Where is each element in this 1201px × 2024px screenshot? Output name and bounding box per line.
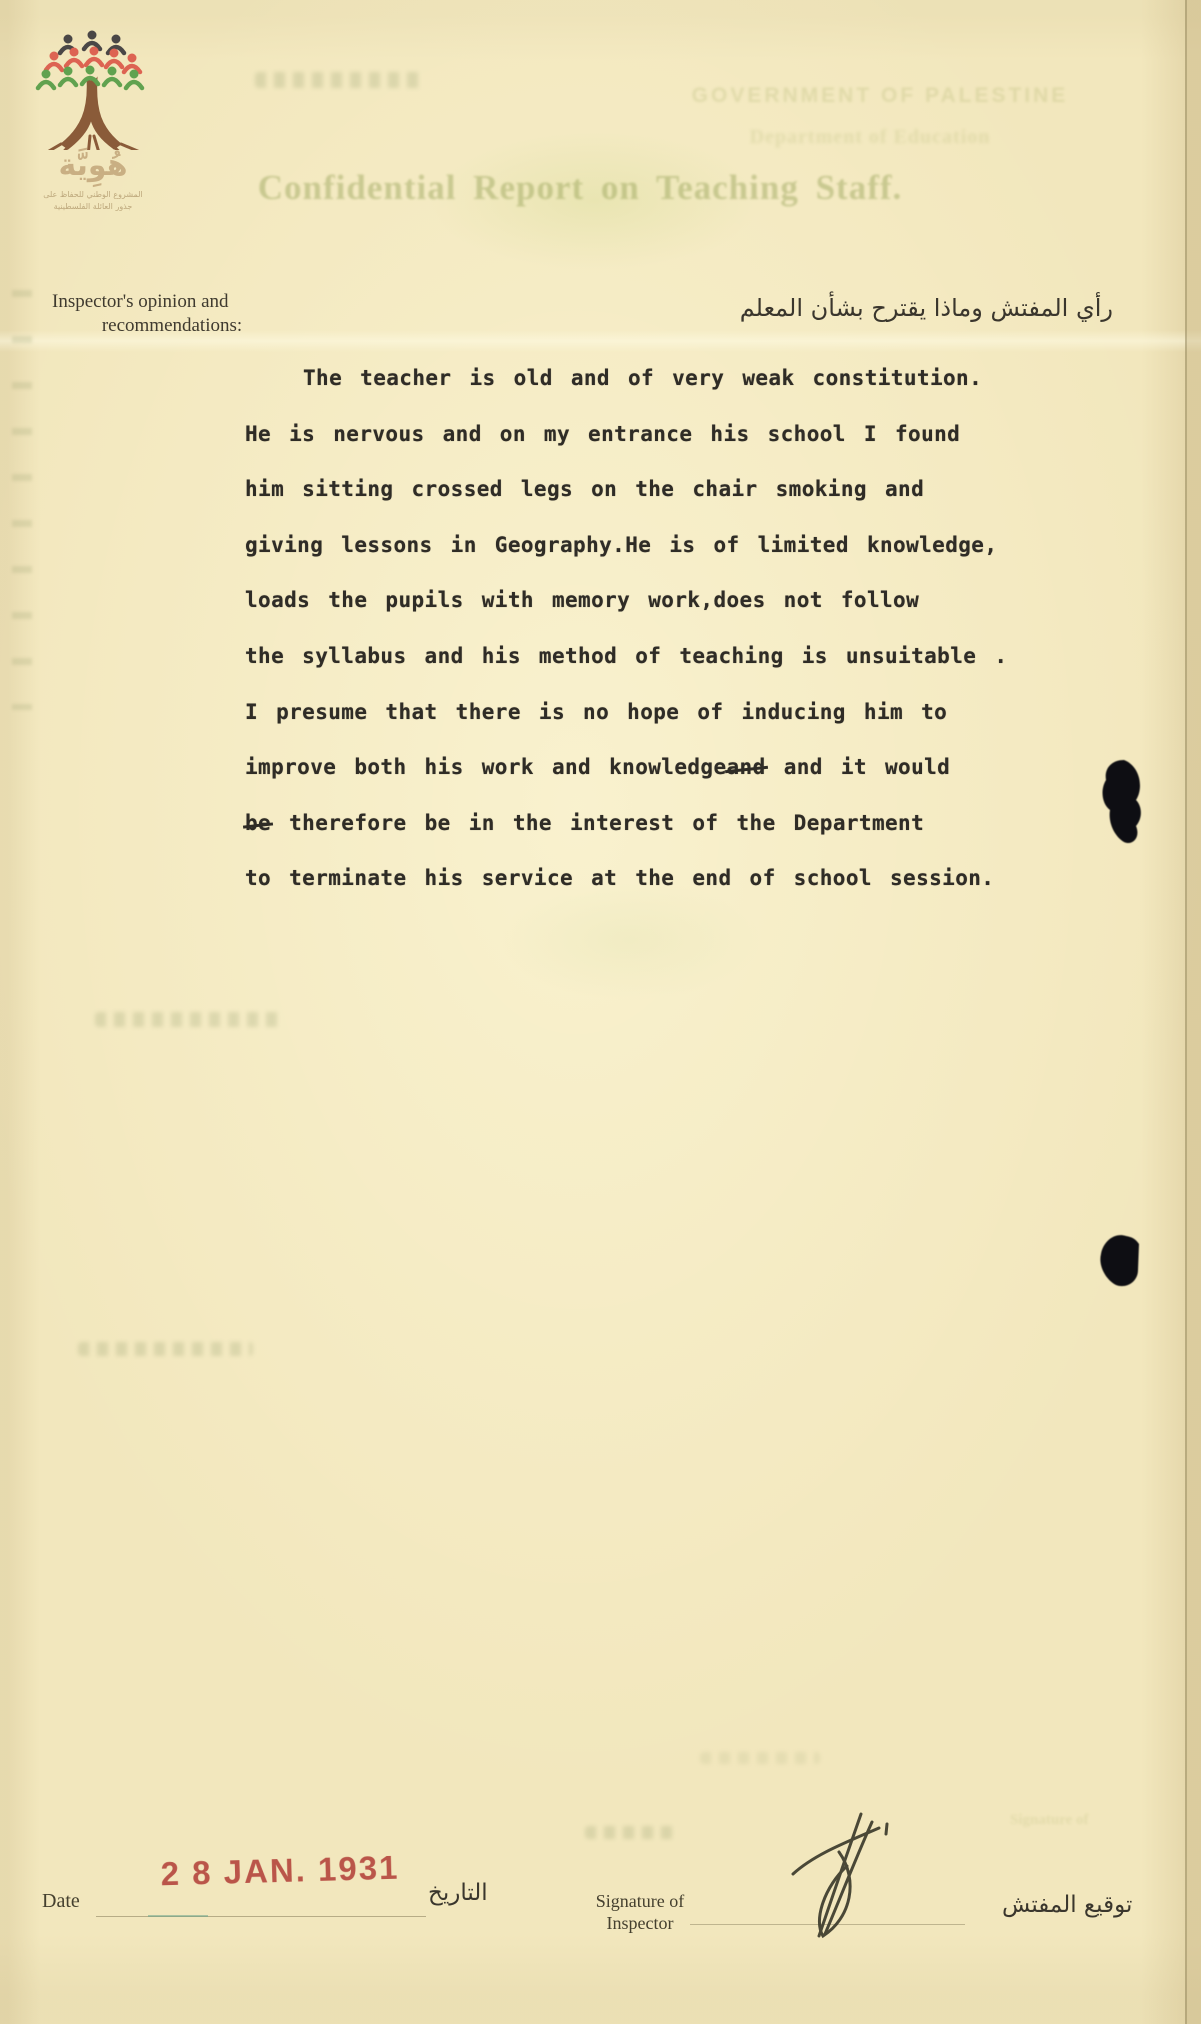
logo-subtitle-line2: جذور العائلة الفلسطينية [28,202,158,211]
inspector-opinion-label: Inspector's opinion and recommendations: [52,290,292,338]
ink-blot [1098,758,1146,850]
typed-line: He is nervous and on my entrance his sch… [245,422,1195,478]
typed-text: He is nervous and on my entrance his sch… [245,422,960,446]
date-underline [96,1916,426,1917]
typed-line: the syllabus and his method of teaching … [245,644,1195,700]
typed-line: be therefore be in the interest of the D… [245,811,1195,867]
typed-text: I presume that there is no hope of induc… [245,700,947,724]
logo-subtitle-line1: المشروع الوطني للحفاظ على [28,190,158,199]
typed-text-struck: be [245,811,271,835]
typed-body: The teacher is old and of very weak cons… [245,366,1195,922]
inspector-signature [775,1808,915,1948]
family-tree-logo-icon [28,30,158,150]
typed-text: the syllabus and his method of teaching … [245,644,1007,668]
typed-line: to terminate his service at the end of s… [245,866,1195,922]
date-label: Date [42,1890,80,1913]
typed-line: loads the pupils with memory work,does n… [245,588,1195,644]
typed-text: to terminate his service at the end of s… [245,866,994,890]
typed-line: improve both his work and knowledgeand a… [245,755,1195,811]
typed-text: giving lessons in Geography.He is of lim… [245,533,997,557]
typed-text: therefore be in the interest of the Depa… [271,811,924,835]
signature-label-line2: Inspector [607,1913,674,1933]
typed-text-struck: and [727,755,766,779]
ink-blot [1098,1232,1142,1290]
archive-logo: هُوِيَّة المشروع الوطني للحفاظ على جذور … [28,30,158,215]
date-stamp: 2 8 JAN. 1931 [140,1848,421,1894]
typed-line: The teacher is old and of very weak cons… [245,366,1195,422]
typed-text: him sitting crossed legs on the chair sm… [245,477,924,501]
inspector-opinion-label-line2: recommendations: [52,314,292,338]
document-page: { "document": { "kind": "Scanned typewri… [0,0,1201,2024]
signature-label-arabic: توقيع المفتش [1002,1892,1132,1918]
signature-label: Signature of Inspector [575,1890,705,1934]
logo-wordmark: هُوِيَّة [28,148,158,183]
signature-label-line1: Signature of [596,1891,684,1911]
page-edge-strip [1187,0,1201,2024]
inspector-opinion-label-arabic: رأي المفتش وماذا يقترح بشأن المعلم [740,294,1113,322]
date-label-arabic: التاريخ [428,1880,488,1906]
typed-text: and it would [766,755,951,779]
typed-text: loads the pupils with memory work,does n… [245,588,919,612]
typed-line: giving lessons in Geography.He is of lim… [245,533,1195,589]
inspector-opinion-label-line1: Inspector's opinion and [52,291,229,312]
typed-text: The teacher is old and of very weak cons… [303,366,982,390]
date-underline-tint [148,1915,208,1917]
typed-line: him sitting crossed legs on the chair sm… [245,477,1195,533]
typed-text: improve both his work and knowledge [245,755,727,779]
typed-line: I presume that there is no hope of induc… [245,700,1195,756]
